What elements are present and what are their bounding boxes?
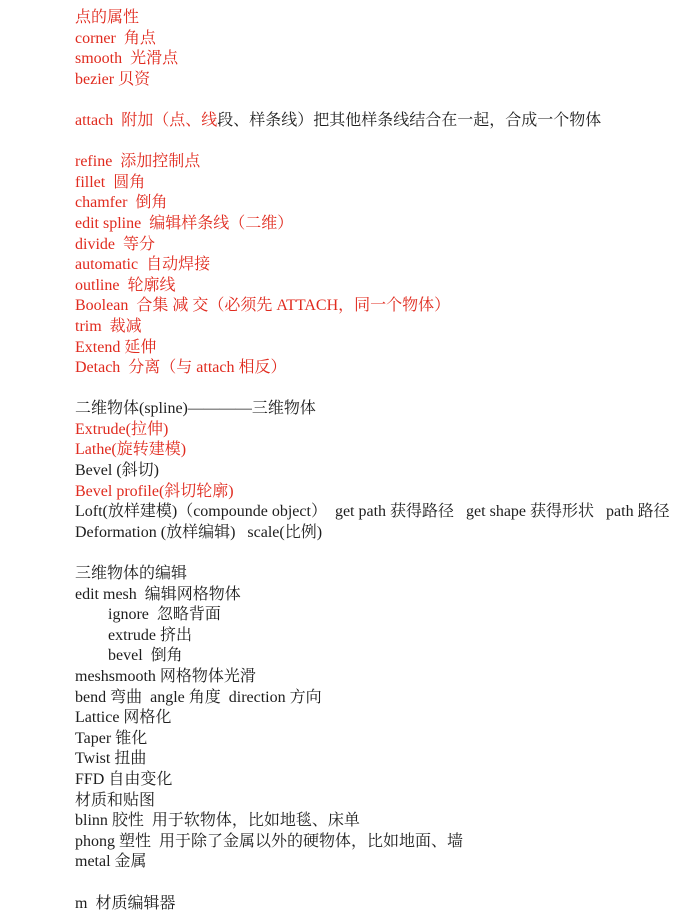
text-segment: 二维物体(spline)————三维物体: [75, 400, 316, 417]
text-line: Bevel profile(斜切轮廓): [75, 482, 674, 503]
text-segment: 材质和贴图: [75, 792, 155, 809]
text-segment: automatic 自动焊接: [75, 256, 210, 273]
text-segment: Extrude(拉伸): [75, 421, 168, 438]
text-line: Bevel (斜切): [75, 461, 674, 482]
text-line: edit spline 编辑样条线（二维）: [75, 214, 674, 235]
text-line: phong 塑性 用于除了金属以外的硬物体，比如地面、墙: [75, 832, 674, 853]
text-line: bend 弯曲 angle 角度 direction 方向: [75, 688, 674, 709]
text-line: 材质和贴图: [75, 791, 674, 812]
text-segment: edit mesh 编辑网格物体: [75, 586, 241, 603]
text-line: edit mesh 编辑网格物体: [75, 585, 674, 606]
text-line: Loft(放样建模)（compounde object） get path 获得…: [75, 502, 674, 523]
text-segment: bend 弯曲 angle 角度 direction 方向: [75, 689, 322, 706]
document-page: 点的属性corner 角点smooth 光滑点bezier 贝资attach 附…: [0, 0, 684, 924]
text-line: Twist 扭曲: [75, 749, 674, 770]
text-segment: corner 角点: [75, 30, 156, 47]
text-segment: edit spline 编辑样条线（二维）: [75, 215, 293, 232]
text-line: [75, 90, 674, 111]
text-segment: Extend 延伸: [75, 339, 156, 356]
text-segment: Twist 扭曲: [75, 750, 146, 767]
text-segment: Lattice 网格化: [75, 709, 171, 726]
text-segment: blinn 胶性 用于软物体，比如地毯、床单: [75, 812, 360, 829]
text-line: m 材质编辑器: [75, 894, 674, 915]
text-segment: Loft(放样建模)（compounde object） get path 获得…: [75, 503, 670, 520]
text-line: refine 添加控制点: [75, 152, 674, 173]
text-segment: Deformation (放样编辑) scale(比例): [75, 524, 322, 541]
text-line: bevel 倒角: [75, 646, 674, 667]
text-line: Detach 分离（与 attach 相反）: [75, 358, 674, 379]
text-line: outline 轮廓线: [75, 276, 674, 297]
text-segment: phong 塑性 用于除了金属以外的硬物体，比如地面、墙: [75, 833, 463, 850]
text-line: Extend 延伸: [75, 338, 674, 359]
text-line: metal 金属: [75, 852, 674, 873]
text-segment: divide 等分: [75, 236, 155, 253]
text-line: Extrude(拉伸): [75, 420, 674, 441]
text-line: meshsmooth 网格物体光滑: [75, 667, 674, 688]
text-line: divide 等分: [75, 235, 674, 256]
text-segment: ignore 忽略背面: [108, 606, 221, 623]
text-segment: refine 添加控制点: [75, 153, 200, 170]
text-line: automatic 自动焊接: [75, 255, 674, 276]
text-segment: Bevel profile(斜切轮廓): [75, 483, 234, 500]
text-line: [75, 379, 674, 400]
text-segment: 段、样条线）把其他样条线结合在一起，合成一个物体: [217, 112, 601, 129]
text-segment: 三维物体的编辑: [75, 565, 187, 582]
text-line: Deformation (放样编辑) scale(比例): [75, 523, 674, 544]
text-line: 三维物体的编辑: [75, 564, 674, 585]
text-line: FFD 自由变化: [75, 770, 674, 791]
text-line: trim 裁减: [75, 317, 674, 338]
text-line: Taper 锥化: [75, 729, 674, 750]
text-segment: Bevel (斜切): [75, 462, 159, 479]
text-segment: Taper 锥化: [75, 730, 147, 747]
text-line: 二维物体(spline)————三维物体: [75, 399, 674, 420]
text-segment: metal 金属: [75, 853, 147, 870]
text-line: Lathe(旋转建模): [75, 440, 674, 461]
text-segment: Boolean 合集 减 交（必须先 ATTACH，同一个物体）: [75, 297, 450, 314]
text-line: corner 角点: [75, 29, 674, 50]
document-text-body: 点的属性corner 角点smooth 光滑点bezier 贝资attach 附…: [75, 8, 674, 914]
text-segment: m 材质编辑器: [75, 895, 175, 912]
text-segment: Detach 分离（与 attach 相反）: [75, 359, 287, 376]
text-segment: attach 附加（点、线: [75, 112, 217, 129]
text-segment: chamfer 倒角: [75, 194, 167, 211]
text-line: chamfer 倒角: [75, 193, 674, 214]
text-segment: bezier 贝资: [75, 71, 150, 88]
text-segment: fillet 圆角: [75, 174, 145, 191]
text-line: attach 附加（点、线段、样条线）把其他样条线结合在一起，合成一个物体: [75, 111, 674, 132]
text-segment: Lathe(旋转建模): [75, 441, 186, 458]
text-segment: meshsmooth 网格物体光滑: [75, 668, 256, 685]
text-segment: 点的属性: [75, 9, 139, 26]
text-line: blinn 胶性 用于软物体，比如地毯、床单: [75, 811, 674, 832]
text-segment: bevel 倒角: [108, 647, 183, 664]
text-segment: outline 轮廓线: [75, 277, 175, 294]
text-line: extrude 挤出: [75, 626, 674, 647]
text-segment: trim 裁减: [75, 318, 142, 335]
text-line: fillet 圆角: [75, 173, 674, 194]
text-line: Lattice 网格化: [75, 708, 674, 729]
text-segment: FFD 自由变化: [75, 771, 172, 788]
text-line: 点的属性: [75, 8, 674, 29]
text-line: [75, 543, 674, 564]
text-line: bezier 贝资: [75, 70, 674, 91]
text-line: [75, 873, 674, 894]
text-segment: smooth 光滑点: [75, 50, 178, 67]
text-line: [75, 132, 674, 153]
text-line: smooth 光滑点: [75, 49, 674, 70]
text-line: ignore 忽略背面: [75, 605, 674, 626]
text-line: Boolean 合集 减 交（必须先 ATTACH，同一个物体）: [75, 296, 674, 317]
text-segment: extrude 挤出: [108, 627, 192, 644]
